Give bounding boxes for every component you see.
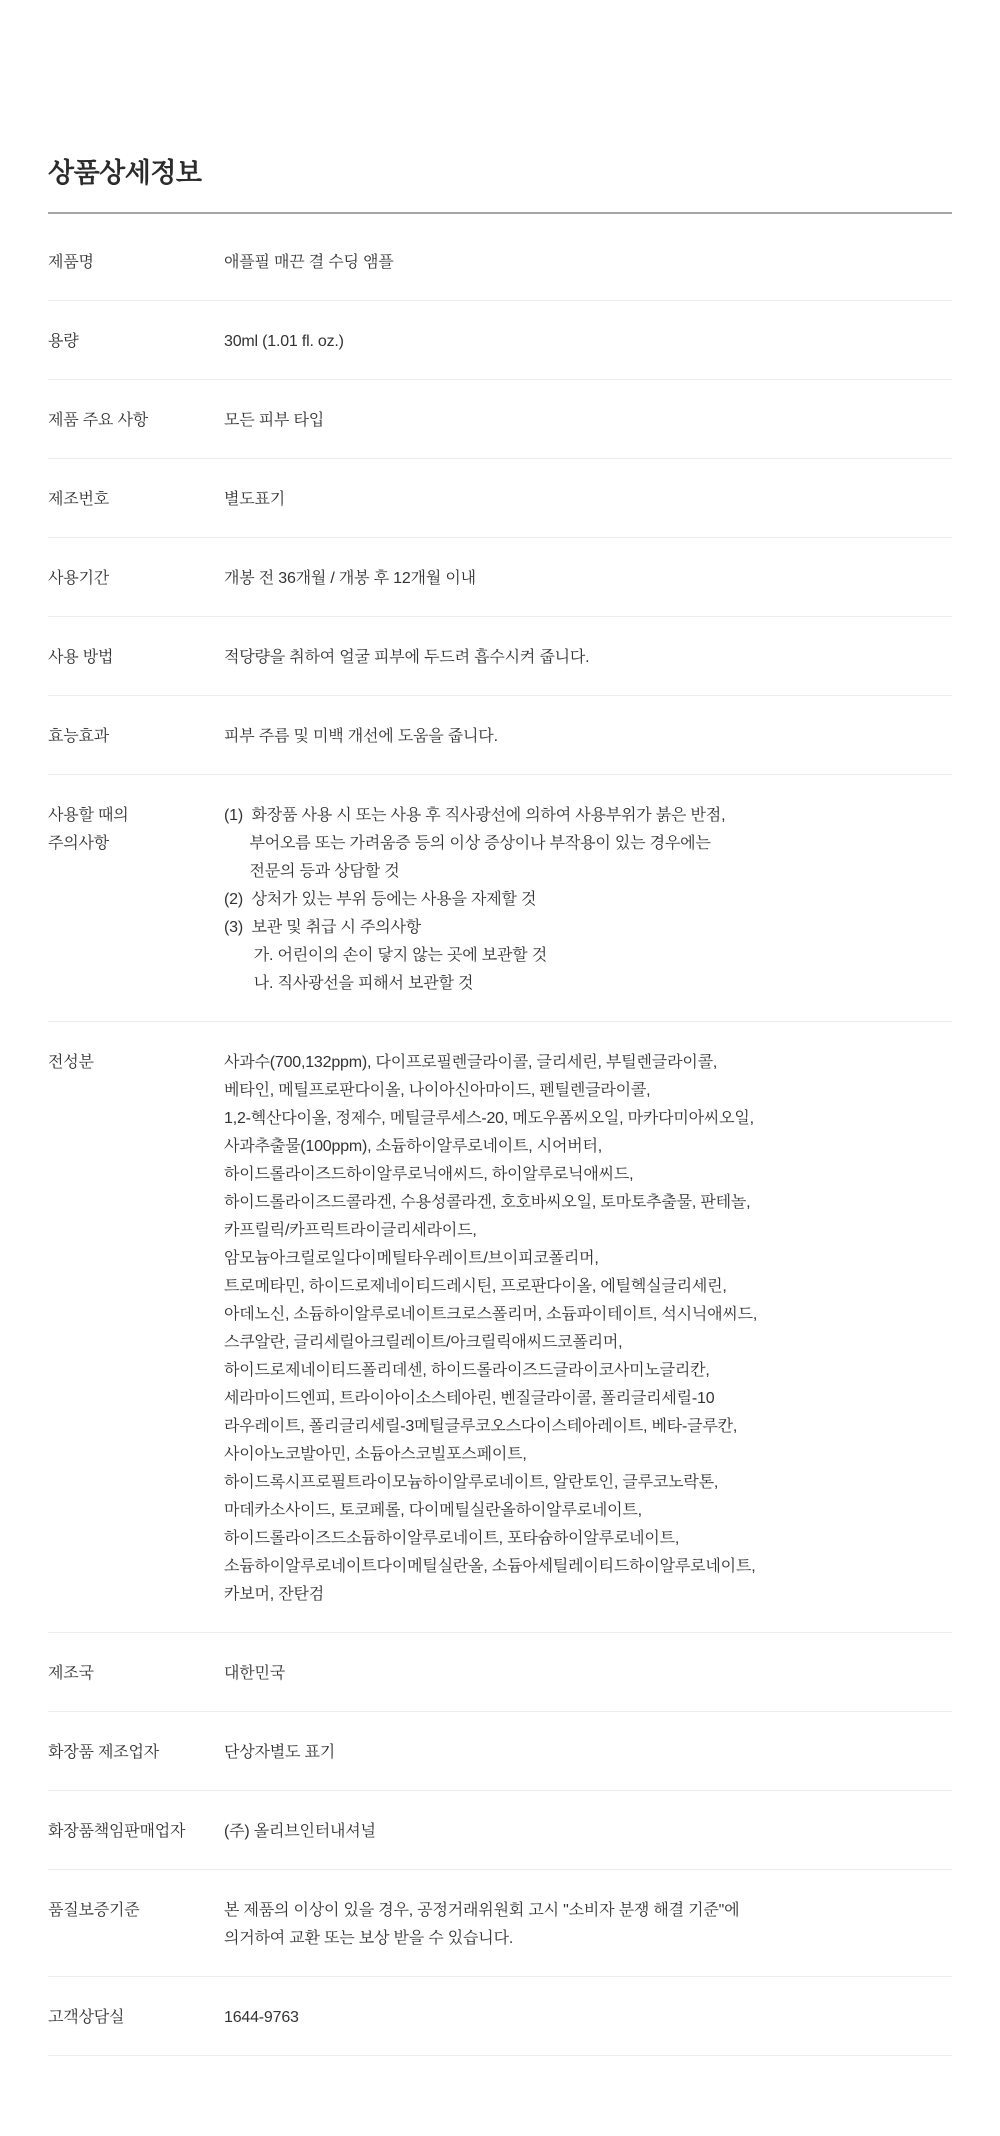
spec-value: 본 제품의 이상이 있을 경우, 공정거래위원회 고시 "소비자 분쟁 해결 기… — [224, 1897, 952, 1953]
spec-value: 적당량을 취하여 얼굴 피부에 두드려 흡수시켜 줍니다. — [224, 644, 952, 672]
row-shelf-life: 사용기간 개봉 전 36개월 / 개봉 후 12개월 이내 — [48, 538, 952, 617]
row-skin-type: 제품 주요 사항 모든 피부 타입 — [48, 380, 952, 459]
row-country-of-origin: 제조국 대한민국 — [48, 1633, 952, 1712]
spec-label: 용량 — [48, 328, 224, 356]
spec-label: 제조국 — [48, 1660, 224, 1688]
row-usage-method: 사용 방법 적당량을 취하여 얼굴 피부에 두드려 흡수시켜 줍니다. — [48, 617, 952, 696]
row-efficacy: 효능효과 피부 주름 및 미백 개선에 도움을 줍니다. — [48, 696, 952, 775]
spec-value: 대한민국 — [224, 1660, 952, 1688]
spec-label: 화장품책임판매업자 — [48, 1818, 224, 1846]
spec-label: 제품 주요 사항 — [48, 407, 224, 435]
row-manufacturer: 화장품 제조업자 단상자별도 표기 — [48, 1712, 952, 1791]
spec-value: 개봉 전 36개월 / 개봉 후 12개월 이내 — [224, 565, 952, 593]
spec-label: 고객상담실 — [48, 2004, 224, 2032]
spec-value: 1644-9763 — [224, 2004, 952, 2032]
spec-value: 애플필 매끈 결 수딩 앰플 — [224, 249, 952, 277]
row-product-name: 제품명 애플필 매끈 결 수딩 앰플 — [48, 222, 952, 301]
spec-label: 사용 방법 — [48, 644, 224, 672]
spec-label: 전성분 — [48, 1049, 224, 1077]
spec-value: (주) 올리브인터내셔널 — [224, 1818, 952, 1846]
spec-value: (1) 화장품 사용 시 또는 사용 후 직사광선에 의하여 사용부위가 붉은 … — [224, 802, 952, 998]
spec-label: 제조번호 — [48, 486, 224, 514]
row-lot-number: 제조번호 별도표기 — [48, 459, 952, 538]
spec-label: 사용할 때의 주의사항 — [48, 802, 224, 858]
row-ingredients: 전성분 사과수(700,132ppm), 다이프로필렌글라이콜, 글리세린, 부… — [48, 1022, 952, 1633]
spec-value: 단상자별도 표기 — [224, 1739, 952, 1767]
spec-label: 사용기간 — [48, 565, 224, 593]
row-volume: 용량 30ml (1.01 fl. oz.) — [48, 301, 952, 380]
page-title: 상품상세정보 — [48, 22, 952, 189]
spec-value: 30ml (1.01 fl. oz.) — [224, 328, 952, 356]
spec-label: 품질보증기준 — [48, 1897, 224, 1925]
row-customer-service: 고객상담실 1644-9763 — [48, 1977, 952, 2056]
spec-label: 화장품 제조업자 — [48, 1739, 224, 1767]
row-cautions: 사용할 때의 주의사항 (1) 화장품 사용 시 또는 사용 후 직사광선에 의… — [48, 775, 952, 1022]
title-divider — [48, 212, 952, 214]
row-quality-warranty: 품질보증기준 본 제품의 이상이 있을 경우, 공정거래위원회 고시 "소비자 … — [48, 1870, 952, 1977]
product-spec-table: 제품명 애플필 매끈 결 수딩 앰플 용량 30ml (1.01 fl. oz.… — [48, 222, 952, 2056]
spec-value: 피부 주름 및 미백 개선에 도움을 줍니다. — [224, 723, 952, 751]
spec-value: 사과수(700,132ppm), 다이프로필렌글라이콜, 글리세린, 부틸렌글라… — [224, 1049, 952, 1609]
product-detail-section: 상품상세정보 제품명 애플필 매끈 결 수딩 앰플 용량 30ml (1.01 … — [0, 22, 1000, 2135]
spec-value: 별도표기 — [224, 486, 952, 514]
row-distributor: 화장품책임판매업자 (주) 올리브인터내셔널 — [48, 1791, 952, 1870]
spec-value: 모든 피부 타입 — [224, 407, 952, 435]
spec-label: 제품명 — [48, 249, 224, 277]
spec-label: 효능효과 — [48, 723, 224, 751]
